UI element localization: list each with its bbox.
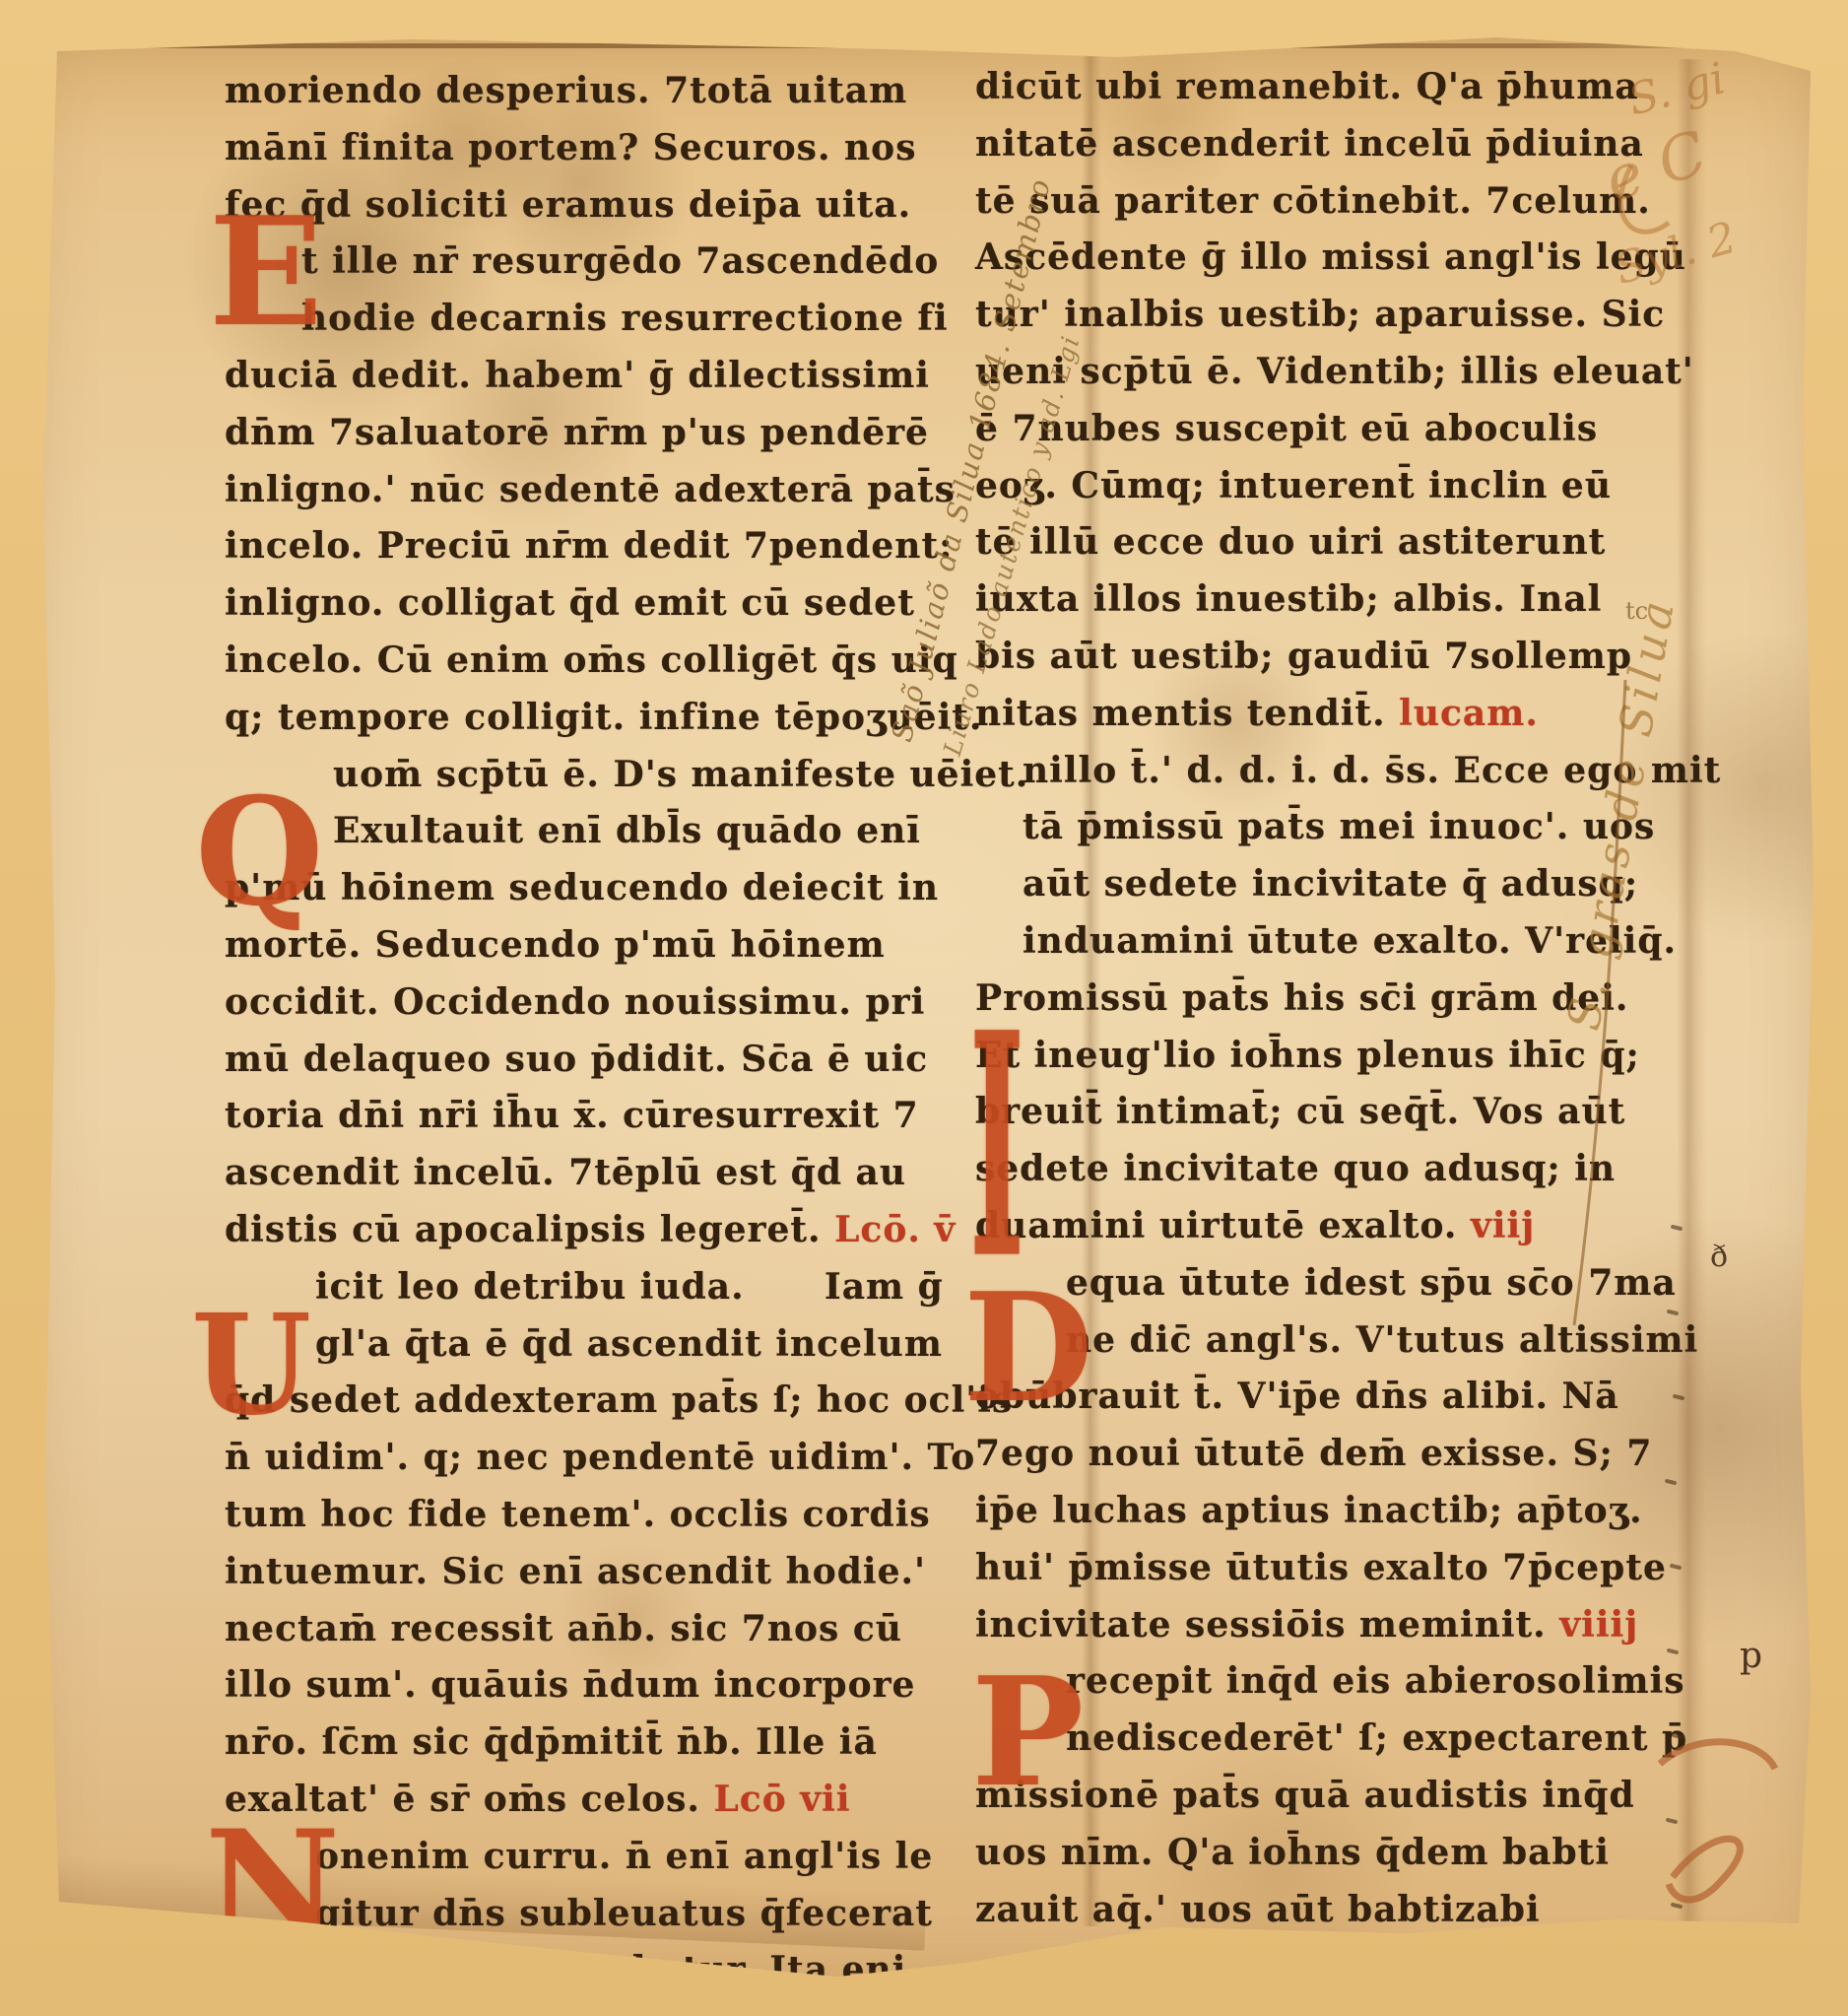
drop-cap-Q: Q (195, 778, 324, 926)
parchment-leaf: moriendo desperius. 7totā uitammānī fini… (0, 0, 1848, 2016)
drop-cap-D: D (963, 1273, 1093, 1423)
drop-cap-U: U (191, 1297, 311, 1435)
drop-cap-P: P (971, 1657, 1084, 1807)
manuscript-photo: moriendo desperius. 7totā uitammānī fini… (0, 0, 1848, 2016)
top-edge-mark: T (1087, 2, 1130, 55)
drop-cap-E: E (209, 197, 323, 347)
drop-cap-N: N (205, 1811, 340, 1959)
drop-cap-I: I (969, 995, 1024, 1303)
